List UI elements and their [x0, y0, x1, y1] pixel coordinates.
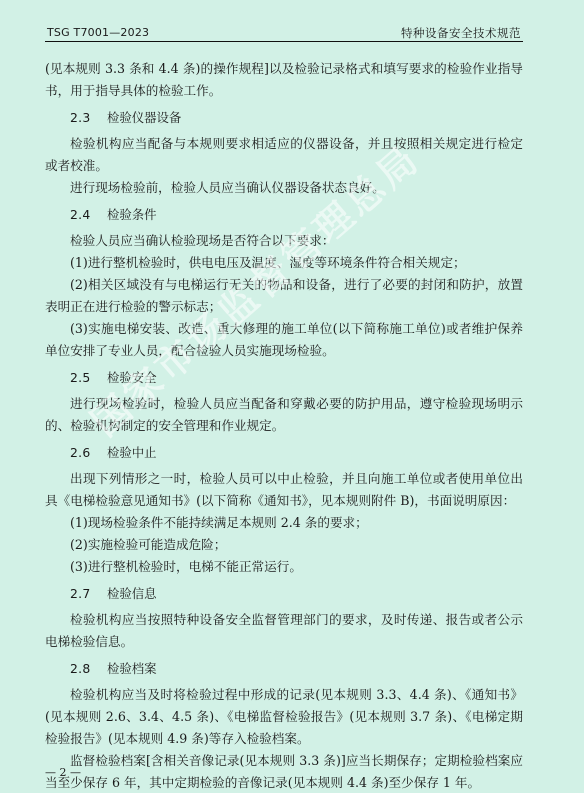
- list-item: (1)进行整机检验时，供电电压及温度、湿度等环境条件符合相关规定；: [45, 252, 523, 274]
- list-item: (2)相关区域没有与电梯运行无关的物品和设备，进行了必要的封闭和防护，放置表明正…: [45, 274, 523, 318]
- document-body: (见本规则 3.3 条和 4.4 条)的操作规程]以及检验记录格式和填写要求的检…: [45, 58, 523, 793]
- paragraph: 检验机构应当按照特种设备安全监督管理部门的要求，及时传递、报告或者公示电梯检验信…: [45, 609, 523, 653]
- section-heading-2-8: 2.8 检验档案: [45, 658, 523, 680]
- list-item: (2)实施检验可能造成危险；: [45, 534, 523, 556]
- section-title: 检验安全: [107, 370, 157, 385]
- section-number: 2.4: [70, 204, 97, 226]
- section-title: 检验信息: [107, 586, 157, 601]
- section-heading-2-3: 2.3 检验仪器设备: [45, 107, 523, 129]
- section-title: 检验中止: [107, 445, 157, 460]
- paragraph: 进行现场检验时，检验人员应当配备和穿戴必要的防护用品，遵守检验现场明示的、检验机…: [45, 393, 523, 437]
- paragraph: 检验人员应当确认检验现场是否符合以下要求：: [45, 230, 523, 252]
- section-heading-2-4: 2.4 检验条件: [45, 204, 523, 226]
- paragraph: 检验机构应当配备与本规则要求相适应的仪器设备，并且按照相关规定进行检定或者校准。: [45, 133, 523, 177]
- section-number: 2.6: [70, 442, 97, 464]
- section-number: 2.7: [70, 583, 97, 605]
- section-title: 检验仪器设备: [107, 110, 181, 125]
- section-title: 检验条件: [107, 207, 157, 222]
- list-item: (3)进行整机检验时，电梯不能正常运行。: [45, 556, 523, 578]
- paragraph: 出现下列情形之一时，检验人员可以中止检验，并且向施工单位或者使用单位出具《电梯检…: [45, 468, 523, 512]
- list-item: (1)现场检验条件不能持续满足本规则 2.4 条的要求；: [45, 512, 523, 534]
- section-title: 检验档案: [107, 661, 157, 676]
- section-heading-2-6: 2.6 检验中止: [45, 442, 523, 464]
- section-heading-2-5: 2.5 检验安全: [45, 367, 523, 389]
- page-header: TSG T7001—2023 特种设备安全技术规范: [45, 24, 523, 42]
- intro-paragraph: (见本规则 3.3 条和 4.4 条)的操作规程]以及检验记录格式和填写要求的检…: [45, 58, 523, 102]
- section-number: 2.8: [70, 658, 97, 680]
- section-number: 2.5: [70, 367, 97, 389]
- section-number: 2.3: [70, 107, 97, 129]
- paragraph: 进行现场检验前，检验人员应当确认仪器设备状态良好。: [45, 177, 523, 199]
- list-item: (3)实施电梯安装、改造、重大修理的施工单位(以下简称施工单位)或者维护保养单位…: [45, 318, 523, 362]
- page-number: — 2 —: [45, 766, 81, 779]
- section-heading-2-7: 2.7 检验信息: [45, 583, 523, 605]
- standard-series-title: 特种设备安全技术规范: [401, 25, 521, 41]
- standard-code: TSG T7001—2023: [47, 26, 149, 39]
- paragraph: 检验机构应当及时将检验过程中形成的记录(见本规则 3.3、4.4 条)、《通知书…: [45, 684, 523, 750]
- paragraph: 监督检验档案[含相关音像记录(见本规则 3.3 条)]应当长期保存；定期检验档案…: [45, 750, 523, 793]
